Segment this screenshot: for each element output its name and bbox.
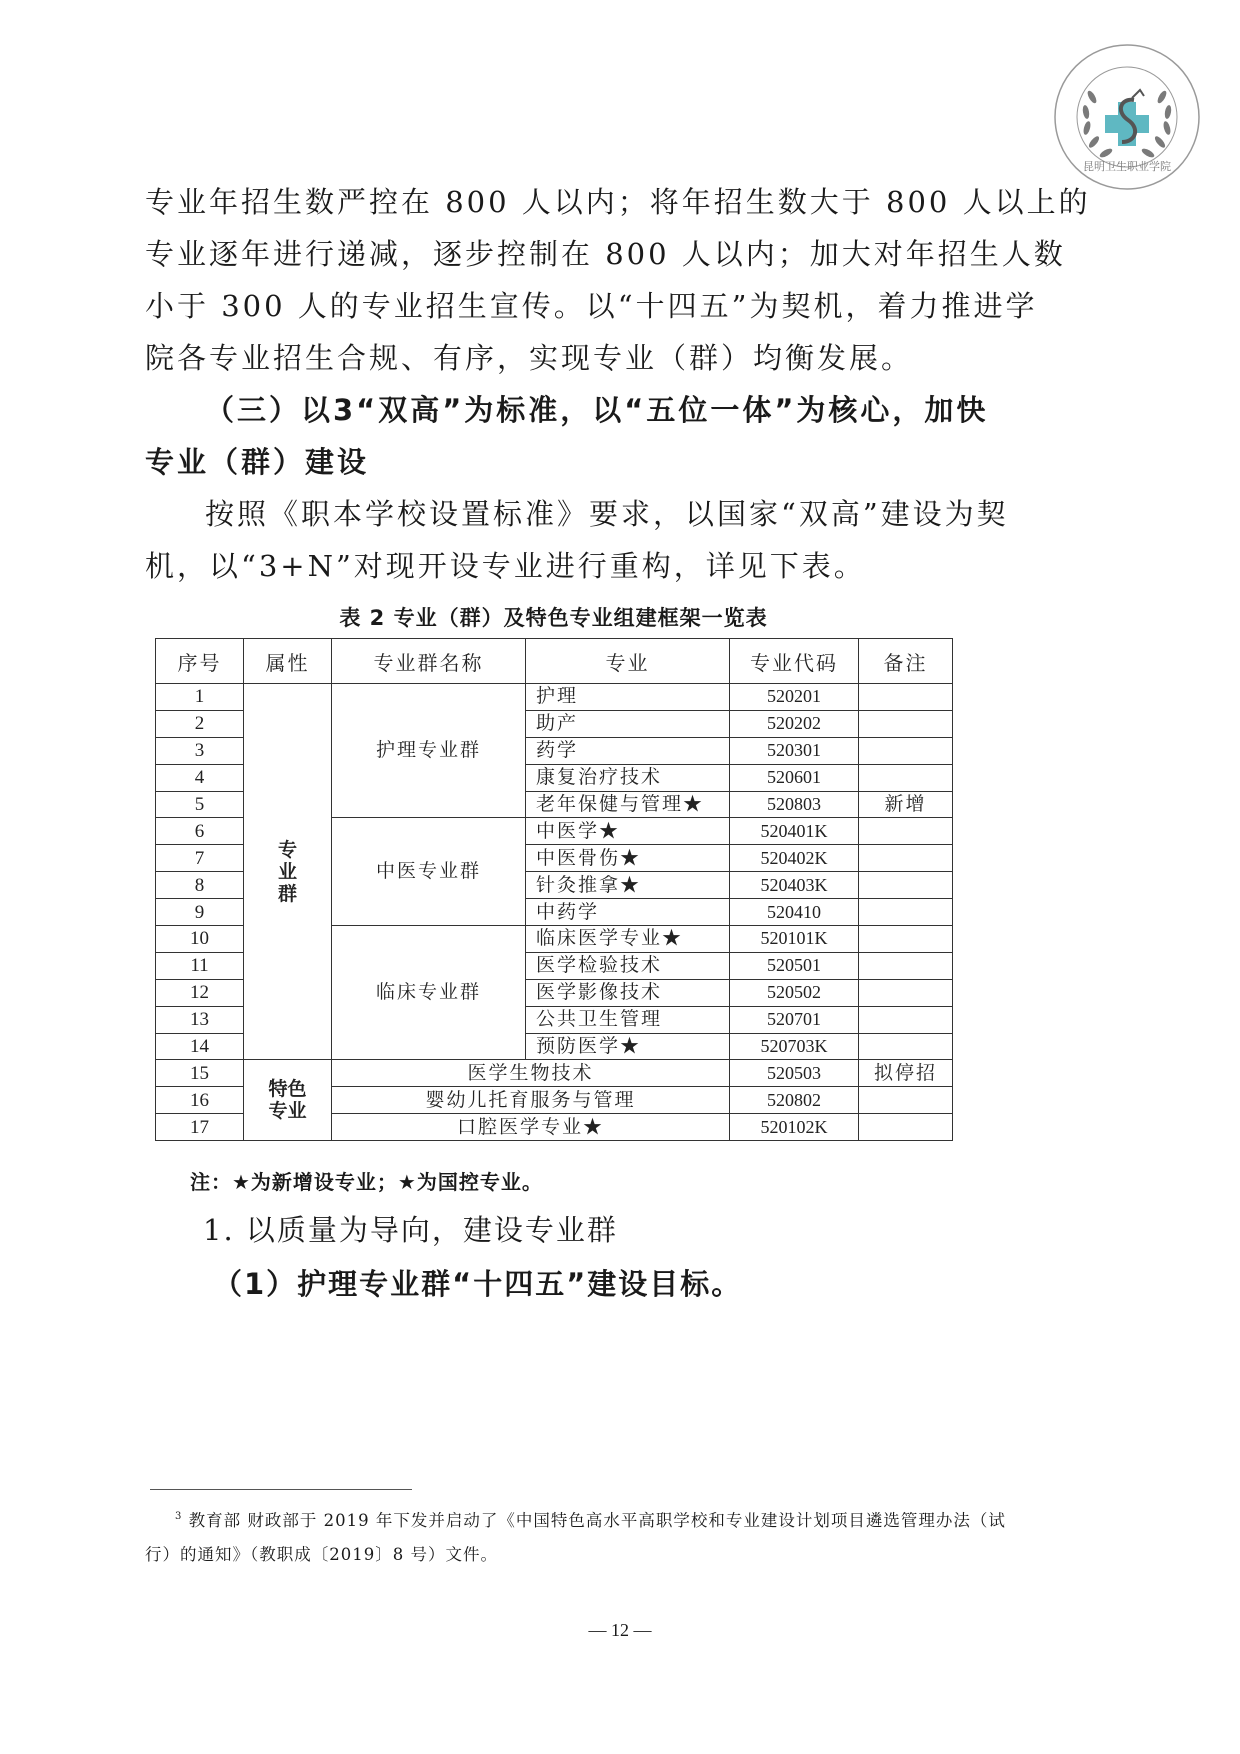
cell-no: 9	[156, 899, 244, 926]
cell-remark	[859, 737, 953, 764]
cell-major: 婴幼儿托育服务与管理	[332, 1087, 730, 1114]
cell-remark	[859, 1006, 953, 1033]
cell-remark	[859, 818, 953, 845]
cell-remark	[859, 710, 953, 737]
attribute-label: 专业群	[278, 839, 298, 905]
cell-no: 6	[156, 818, 244, 845]
cell-group-nursing: 护理专业群	[332, 684, 526, 818]
table-row: 1 专业群 护理专业群 护理 520201	[156, 684, 953, 711]
cell-remark	[859, 764, 953, 791]
cell-code: 520401K	[730, 818, 859, 845]
heading-line: 专业（群）建设	[145, 436, 975, 488]
cell-group-tcm: 中医专业群	[332, 818, 526, 926]
cell-attribute-group: 专业群	[244, 684, 332, 1060]
cell-code: 520701	[730, 1006, 859, 1033]
cell-no: 16	[156, 1087, 244, 1114]
cell-remark	[859, 979, 953, 1006]
cell-code: 520501	[730, 952, 859, 979]
cell-no: 15	[156, 1060, 244, 1087]
cell-remark	[859, 926, 953, 953]
page-number: — 12 —	[0, 1620, 1240, 1641]
cell-remark	[859, 872, 953, 899]
cell-no: 5	[156, 791, 244, 818]
cell-code: 520301	[730, 737, 859, 764]
footnote: 3 教育部 财政部于 2019 年下发并启动了《中国特色高水平高职学校和专业建设…	[145, 1352, 970, 1572]
cell-no: 7	[156, 845, 244, 872]
header-code: 专业代码	[730, 639, 859, 684]
cell-no: 10	[156, 926, 244, 953]
table-caption: 表 2 专业（群）及特色专业组建框架一览表	[155, 602, 952, 632]
footnote-line-1: 3 教育部 财政部于 2019 年下发并启动了《中国特色高水平高职学校和专业建设…	[145, 1500, 970, 1538]
intro-paragraph: 专业年招生数严控在 800 人以内；将年招生数大于 800 人以上的 专业逐年进…	[145, 176, 970, 384]
cell-no: 4	[156, 764, 244, 791]
cell-major: 针灸推拿★	[526, 872, 730, 899]
table-row: 15 特色专业 医学生物技术 520503 拟停招	[156, 1060, 953, 1087]
cell-code: 520402K	[730, 845, 859, 872]
svg-text:昆明卫生职业学院: 昆明卫生职业学院	[1083, 159, 1171, 173]
cell-code: 520803	[730, 791, 859, 818]
footnote-marker: 3	[175, 1511, 182, 1522]
cell-code: 520601	[730, 764, 859, 791]
cell-major: 中药学	[526, 899, 730, 926]
footnote-line-2: 行）的通知》（教职成〔2019〕8 号）文件。	[145, 1538, 970, 1572]
cell-major: 预防医学★	[526, 1033, 730, 1060]
cell-major: 康复治疗技术	[526, 764, 730, 791]
cell-code: 520502	[730, 979, 859, 1006]
footnote-text: 教育部 财政部于 2019 年下发并启动了《中国特色高水平高职学校和专业建设计划…	[189, 1511, 1006, 1530]
cell-major: 口腔医学专业★	[332, 1114, 730, 1141]
cell-group-clinical: 临床专业群	[332, 926, 526, 1060]
cell-major: 药学	[526, 737, 730, 764]
cell-no: 2	[156, 710, 244, 737]
attribute-label: 特色专业	[266, 1078, 310, 1122]
cell-no: 8	[156, 872, 244, 899]
header-attribute: 属性	[244, 639, 332, 684]
cell-code: 520403K	[730, 872, 859, 899]
header-group-name: 专业群名称	[332, 639, 526, 684]
text-line: 机，以“3+N”对现开设专业进行重构，详见下表。	[145, 540, 970, 592]
cell-no: 3	[156, 737, 244, 764]
cell-code: 520410	[730, 899, 859, 926]
cell-remark	[859, 1087, 953, 1114]
cell-major: 医学生物技术	[332, 1060, 730, 1087]
cell-remark	[859, 899, 953, 926]
cell-major: 助产	[526, 710, 730, 737]
header-major: 专业	[526, 639, 730, 684]
cell-remark	[859, 952, 953, 979]
cell-major: 老年保健与管理★	[526, 791, 730, 818]
cell-no: 13	[156, 1006, 244, 1033]
cell-code: 520802	[730, 1087, 859, 1114]
cell-remark	[859, 1114, 953, 1141]
cell-attribute-featured: 特色专业	[244, 1060, 332, 1141]
cell-major: 中医学★	[526, 818, 730, 845]
text-line: 专业年招生数严控在 800 人以内；将年招生数大于 800 人以上的	[145, 176, 970, 228]
cell-remark	[859, 684, 953, 711]
cell-code: 520202	[730, 710, 859, 737]
cell-no: 17	[156, 1114, 244, 1141]
text-line: 按照《职本学校设置标准》要求，以国家“双高”建设为契	[145, 488, 970, 540]
cell-code: 520102K	[730, 1114, 859, 1141]
heading-line: （三）以3“双高”为标准，以“五位一体”为核心，加快	[145, 384, 975, 436]
table-header-row: 序号 属性 专业群名称 专业 专业代码 备注	[156, 639, 953, 684]
cell-code: 520101K	[730, 926, 859, 953]
cell-major: 护理	[526, 684, 730, 711]
cell-no: 11	[156, 952, 244, 979]
seal-icon: 昆明卫生职业学院	[1052, 42, 1202, 192]
table-note: 注：★为新增设专业；★为国控专业。	[190, 1166, 543, 1195]
major-framework-table: 序号 属性 专业群名称 专业 专业代码 备注 1 专业群 护理专业群 护理 52…	[155, 638, 953, 1141]
cell-code: 520703K	[730, 1033, 859, 1060]
cell-no: 12	[156, 979, 244, 1006]
text-line: 小于 300 人的专业招生宣传。以“十四五”为契机，着力推进学	[145, 280, 970, 332]
cell-major: 临床医学专业★	[526, 926, 730, 953]
cell-remark: 拟停招	[859, 1060, 953, 1087]
section-heading: （三）以3“双高”为标准，以“五位一体”为核心，加快 专业（群）建设	[145, 384, 975, 488]
cell-major: 公共卫生管理	[526, 1006, 730, 1033]
cell-remark	[859, 845, 953, 872]
college-seal-logo: 昆明卫生职业学院	[1052, 42, 1202, 192]
subheading-1: 1. 以质量为导向，建设专业群	[203, 1208, 618, 1249]
cell-no: 14	[156, 1033, 244, 1060]
cell-remark: 新增	[859, 791, 953, 818]
cell-remark	[859, 1033, 953, 1060]
header-no: 序号	[156, 639, 244, 684]
cell-major: 中医骨伤★	[526, 845, 730, 872]
subheading-2: （1）护理专业群“十四五”建设目标。	[213, 1262, 742, 1303]
cell-no: 1	[156, 684, 244, 711]
cell-code: 520503	[730, 1060, 859, 1087]
header-remark: 备注	[859, 639, 953, 684]
text-line: 专业逐年进行递减，逐步控制在 800 人以内；加大对年招生人数	[145, 228, 970, 280]
section-paragraph: 按照《职本学校设置标准》要求，以国家“双高”建设为契 机，以“3+N”对现开设专…	[145, 488, 970, 592]
text-line: 院各专业招生合规、有序，实现专业（群）均衡发展。	[145, 332, 970, 384]
cell-code: 520201	[730, 684, 859, 711]
cell-major: 医学检验技术	[526, 952, 730, 979]
cell-major: 医学影像技术	[526, 979, 730, 1006]
